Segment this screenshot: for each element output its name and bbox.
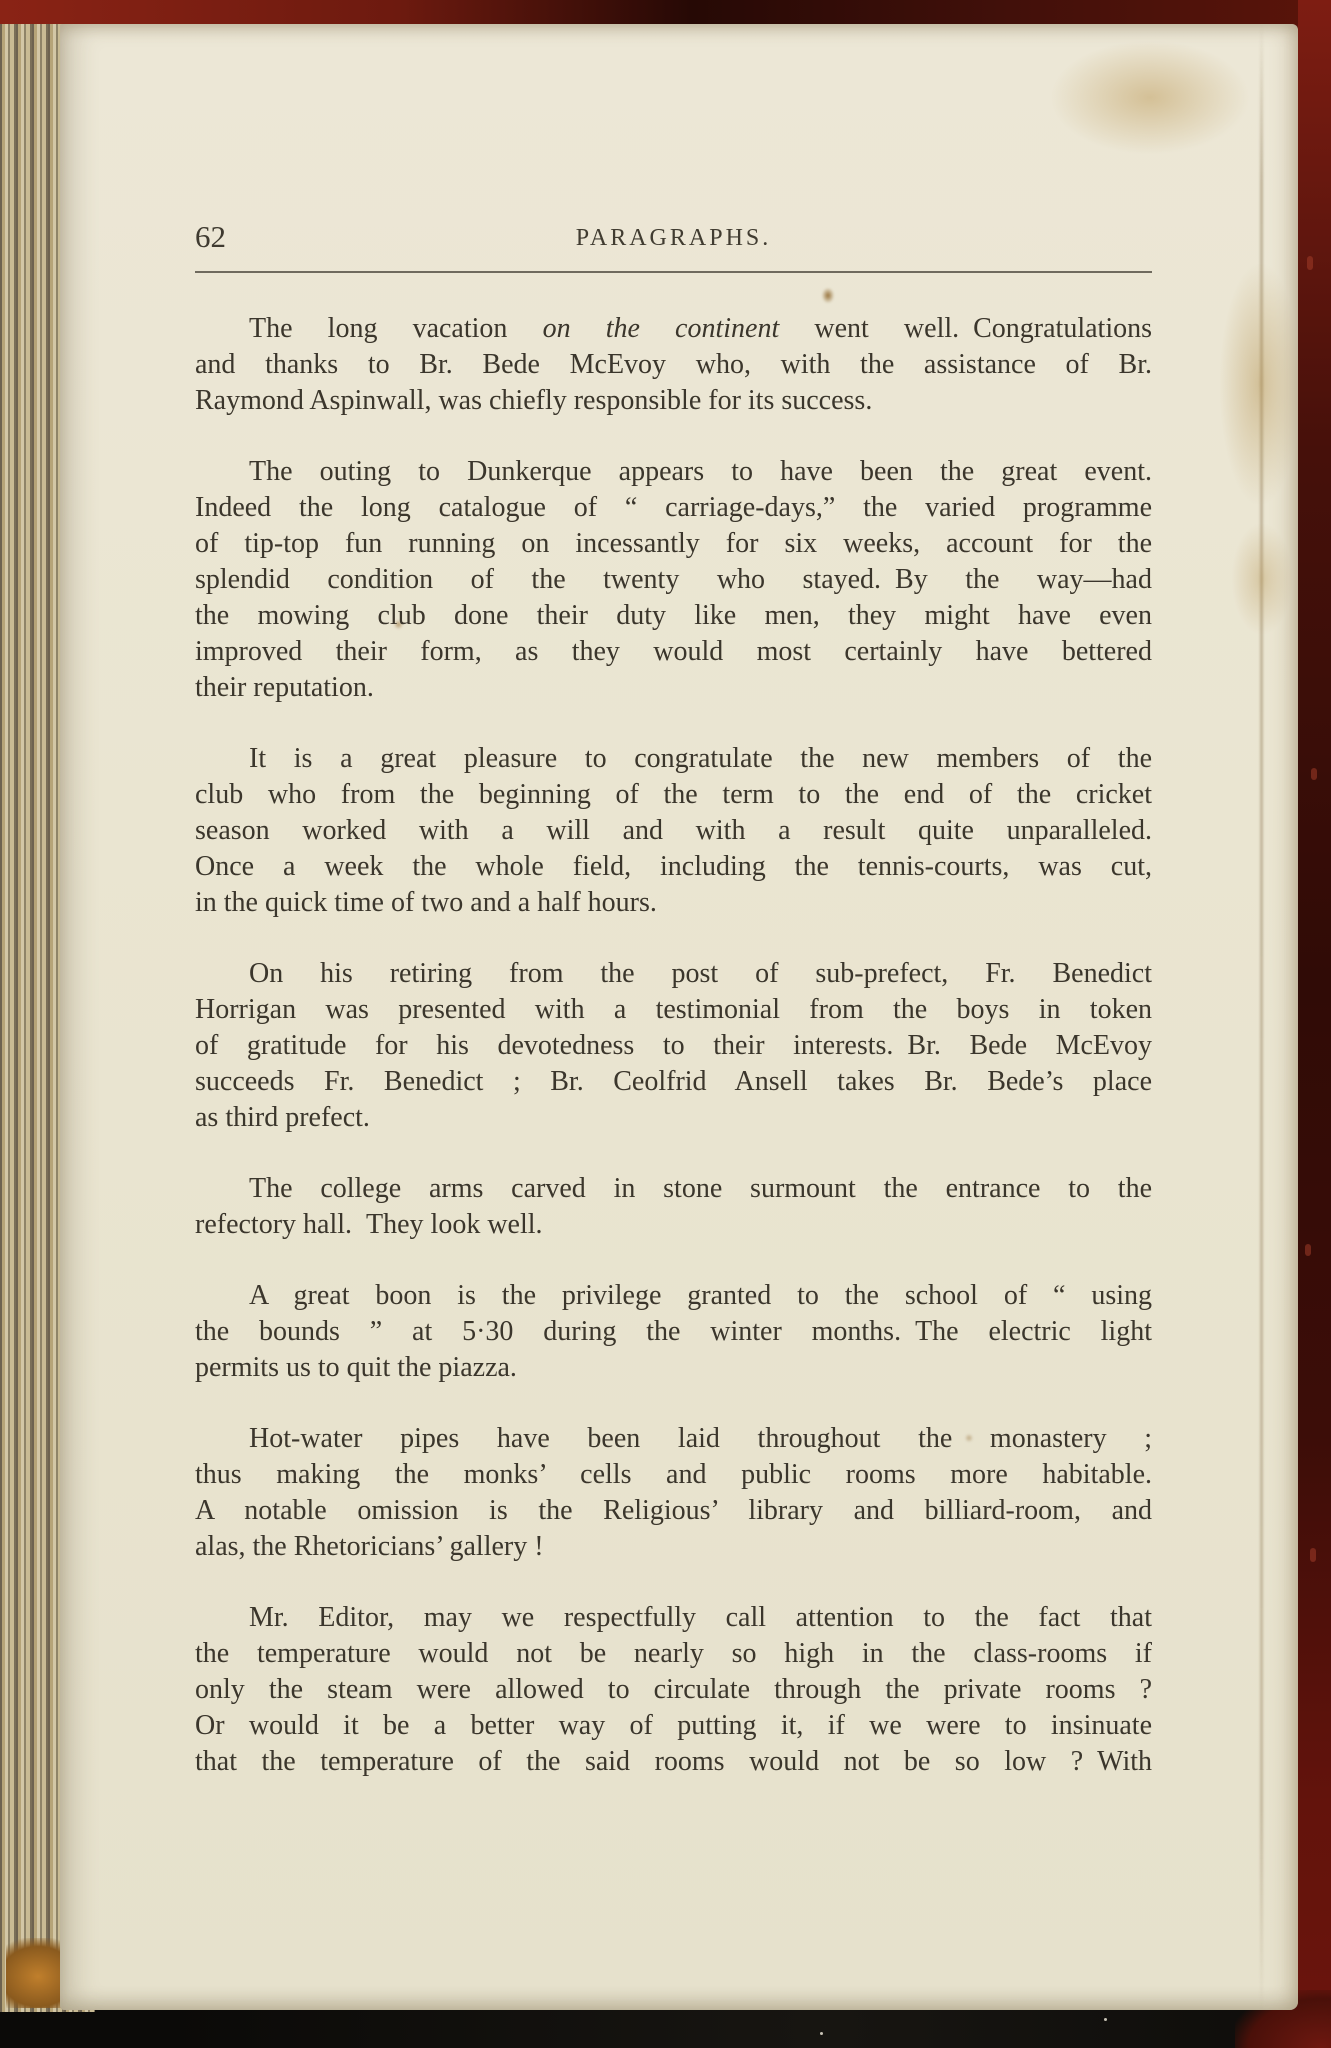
dust-speck [1104, 2018, 1107, 2021]
cover-texture-mark [1307, 256, 1313, 270]
text-run: On his retiring from the post of sub-pre… [249, 958, 1152, 989]
text-line: Mr. Editor, may we respectfully call att… [195, 1600, 1152, 1636]
text-line: thus making the monks’ cells and public … [195, 1457, 1152, 1493]
text-line: and thanks to Br. Bede McEvoy who, with … [195, 347, 1152, 383]
text-run: Mr. Editor, may we respectfully call att… [249, 1602, 1152, 1633]
text-line: Horrigan was presented with a testimonia… [195, 992, 1152, 1028]
text-run: The long vacation [249, 313, 543, 344]
text-run: the temperature would not be nearly so h… [195, 1638, 1152, 1669]
italic-text-run: on the continent [543, 313, 780, 344]
text-line: The outing to Dunkerque appears to have … [195, 454, 1152, 490]
text-run: refectory hall. They look well. [195, 1209, 543, 1240]
text-run: season worked with a will and with a res… [195, 815, 1152, 846]
text-line: refectory hall. They look well. [195, 1207, 1152, 1243]
cover-texture-mark [1310, 1548, 1316, 1562]
text-run: Hot-water pipes have been laid throughou… [249, 1423, 1152, 1454]
text-line: the temperature would not be nearly so h… [195, 1636, 1152, 1672]
text-run: club who from the beginning of the term … [195, 779, 1152, 810]
text-run: Indeed the long catalogue of “ carriage-… [195, 492, 1152, 523]
text-line: improved their form, as they would most … [195, 634, 1152, 670]
text-line: Or would it be a better way of putting i… [195, 1708, 1152, 1744]
foxing-stain [1050, 40, 1250, 155]
text-run: improved their form, as they would most … [195, 636, 1152, 667]
text-line: A great boon is the privilege granted to… [195, 1278, 1152, 1314]
text-line: Raymond Aspinwall, was chiefly responsib… [195, 383, 1152, 419]
text-line: of tip-top fun running on incessantly fo… [195, 526, 1152, 562]
text-line: as third prefect. [195, 1100, 1152, 1136]
text-line: On his retiring from the post of sub-pre… [195, 956, 1152, 992]
paragraph: Hot-water pipes have been laid throughou… [195, 1421, 1152, 1565]
text-run: of gratitude for his devotedness to thei… [195, 1030, 1152, 1061]
text-run: succeeds Fr. Benedict ; Br. Ceolfrid Ans… [195, 1066, 1152, 1097]
text-run: A great boon is the privilege granted to… [249, 1280, 1152, 1311]
paragraph: A great boon is the privilege granted to… [195, 1278, 1152, 1386]
ink-speck [822, 288, 834, 303]
text-line: the mowing club done their duty like men… [195, 598, 1152, 634]
paragraph: The college arms carved in stone surmoun… [195, 1171, 1152, 1243]
text-run: the bounds ” at 5·30 during the winter m… [195, 1316, 1152, 1347]
text-run: The outing to Dunkerque appears to have … [249, 456, 1152, 487]
text-line: club who from the beginning of the term … [195, 777, 1152, 813]
header-rule [195, 271, 1152, 273]
text-run: A notable omission is the Religious’ lib… [195, 1495, 1152, 1526]
text-run: in the quick time of two and a half hour… [195, 887, 657, 918]
paragraph: On his retiring from the post of sub-pre… [195, 956, 1152, 1136]
text-line: of gratitude for his devotedness to thei… [195, 1028, 1152, 1064]
text-line: The long vacation on the continent went … [195, 311, 1152, 347]
text-line: Indeed the long catalogue of “ carriage-… [195, 490, 1152, 526]
text-line: in the quick time of two and a half hour… [195, 885, 1152, 921]
text-line: that the temperature of the said rooms w… [195, 1744, 1152, 1780]
page-crease [1260, 24, 1263, 2010]
text-line: splendid condition of the twenty who sta… [195, 562, 1152, 598]
cover-texture-mark [1311, 768, 1317, 780]
paragraph: The long vacation on the continent went … [195, 311, 1152, 419]
book-cover-right-edge [1298, 0, 1331, 2048]
text-line: only the steam were allowed to circulate… [195, 1672, 1152, 1708]
text-line: succeeds Fr. Benedict ; Br. Ceolfrid Ans… [195, 1064, 1152, 1100]
text-line: Once a week the whole field, including t… [195, 849, 1152, 885]
text-run: permits us to quit the piazza. [195, 1352, 517, 1383]
paragraph: It is a great pleasure to congratulate t… [195, 741, 1152, 921]
text-run: Once a week the whole field, including t… [195, 851, 1152, 882]
text-line: Hot-water pipes have been laid throughou… [195, 1421, 1152, 1457]
text-run: splendid condition of the twenty who sta… [195, 564, 1152, 595]
text-run: went well. Congratulations [779, 313, 1152, 344]
text-run: the mowing club done their duty like men… [195, 600, 1152, 631]
text-line: season worked with a will and with a res… [195, 813, 1152, 849]
text-run: only the steam were allowed to circulate… [195, 1674, 1152, 1705]
cover-texture-mark [1305, 1244, 1311, 1256]
dust-speck [820, 2032, 823, 2035]
running-title: PARAGRAPHS. [195, 225, 1152, 252]
text-run: Raymond Aspinwall, was chiefly responsib… [195, 385, 872, 416]
paragraph: Mr. Editor, may we respectfully call att… [195, 1600, 1152, 1780]
text-run: of tip-top fun running on incessantly fo… [195, 528, 1152, 559]
text-run: alas, the Rhetoricians’ gallery ! [195, 1531, 544, 1562]
text-line: the bounds ” at 5·30 during the winter m… [195, 1314, 1152, 1350]
text-run: that the temperature of the said rooms w… [195, 1746, 1152, 1777]
page-body: The long vacation on the continent went … [195, 311, 1152, 1815]
text-run: Or would it be a better way of putting i… [195, 1710, 1152, 1741]
text-run: thus making the monks’ cells and public … [195, 1459, 1152, 1490]
text-line: permits us to quit the piazza. [195, 1350, 1152, 1386]
text-line: their reputation. [195, 670, 1152, 706]
paragraph: The outing to Dunkerque appears to have … [195, 454, 1152, 706]
text-run: and thanks to Br. Bede McEvoy who, with … [195, 349, 1152, 380]
text-line: The college arms carved in stone surmoun… [195, 1171, 1152, 1207]
text-line: alas, the Rhetoricians’ gallery ! [195, 1529, 1152, 1565]
book-page: 62 PARAGRAPHS. The long vacation on the … [60, 24, 1298, 2010]
text-run: as third prefect. [195, 1102, 370, 1133]
book-photo: 62 PARAGRAPHS. The long vacation on the … [0, 0, 1331, 2048]
text-line: It is a great pleasure to congratulate t… [195, 741, 1152, 777]
text-line: A notable omission is the Religious’ lib… [195, 1493, 1152, 1529]
text-run: their reputation. [195, 672, 374, 703]
text-run: Horrigan was presented with a testimonia… [195, 994, 1152, 1025]
text-run: It is a great pleasure to congratulate t… [249, 743, 1152, 774]
text-run: The college arms carved in stone surmoun… [249, 1173, 1152, 1204]
